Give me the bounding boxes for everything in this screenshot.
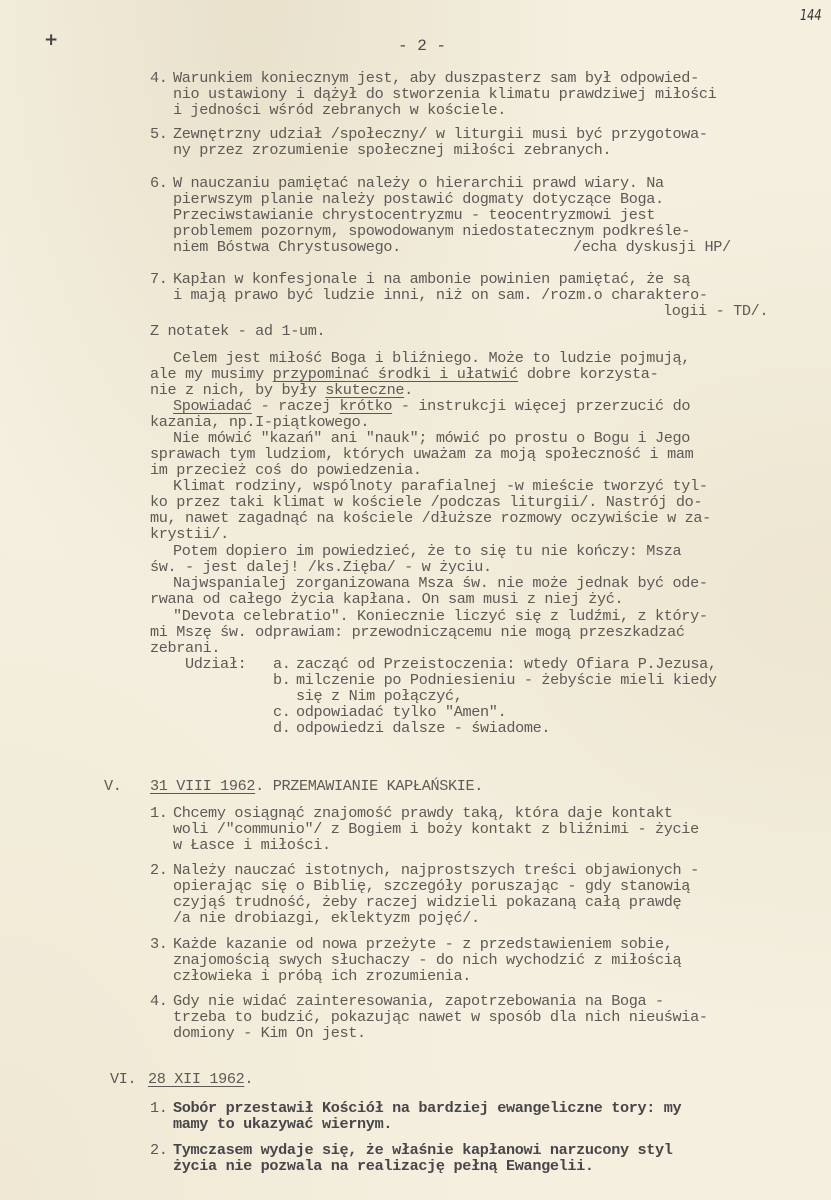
item-number: 1. bbox=[150, 806, 168, 822]
item-line: i jedności wśród zebranych w kościele. bbox=[173, 103, 506, 119]
item-number: 3. bbox=[150, 937, 168, 953]
archive-number: 144 bbox=[800, 6, 821, 24]
item-annotation: /echa dyskusji HP/ bbox=[573, 240, 731, 256]
item-line: niem Bóstwa Chrystusowego. bbox=[173, 240, 401, 256]
typewritten-page: 144 + - 2 - 4. Warunkiem koniecznym jest… bbox=[0, 0, 831, 1200]
section-date: 31 VIII 1962 bbox=[150, 777, 255, 795]
list-letter: d. bbox=[273, 721, 291, 737]
participation-label: Udział: bbox=[185, 657, 246, 673]
item-number: 2. bbox=[150, 863, 168, 879]
section-title: . PRZEMAWIANIE KAPŁAŃSKIE. bbox=[255, 777, 483, 795]
item-number: 6. bbox=[150, 176, 168, 192]
item-line: i mają prawo być ludzie inni, niż on sam… bbox=[173, 288, 708, 304]
notes-line: rwana od całego życia kapłana. On sam mu… bbox=[150, 592, 623, 608]
notes-line: mu, nawet zagadnąć na kościele /dłuższe … bbox=[150, 511, 711, 527]
section-numeral: VI. bbox=[110, 1072, 136, 1088]
item-number: 5. bbox=[150, 127, 168, 143]
item-number: 4. bbox=[150, 994, 168, 1010]
list-line: odpowiedzi dalsze - świadome. bbox=[296, 721, 550, 737]
item-line: ny przez zrozumienie społecznej miłości … bbox=[173, 143, 611, 159]
section-numeral: V. bbox=[104, 779, 122, 795]
item-number: 7. bbox=[150, 272, 168, 288]
margin-cross-mark: + bbox=[44, 30, 58, 50]
notes-heading: Z notatek - ad 1-um. bbox=[150, 324, 325, 340]
item-line: mamy to ukazywać wiernym. bbox=[173, 1117, 392, 1133]
item-line: człowieka i próbą ich zrozumienia. bbox=[173, 969, 471, 985]
item-line: /a nie drobiazgi, eklektyzm pojęć/. bbox=[173, 911, 480, 927]
section-heading: 28 XII 1962. bbox=[148, 1072, 253, 1088]
notes-line: mi Mszę św. odprawiam: przewodniczącemu … bbox=[150, 625, 685, 641]
item-line: w Łasce i miłości. bbox=[173, 838, 331, 854]
item-number: 1. bbox=[150, 1101, 168, 1117]
section-heading: 31 VIII 1962. PRZEMAWIANIE KAPŁAŃSKIE. bbox=[150, 779, 483, 795]
item-number: 2. bbox=[150, 1143, 168, 1159]
item-line: logii - TD/. bbox=[663, 304, 768, 320]
section-date: 28 XII 1962 bbox=[148, 1070, 244, 1088]
list-letter: b. bbox=[273, 673, 291, 689]
section-title: . bbox=[244, 1070, 253, 1088]
notes-line: krystii/. bbox=[150, 527, 229, 543]
item-number: 4. bbox=[150, 71, 168, 87]
item-line: życia nie pozwala na realizację pełną Ew… bbox=[173, 1159, 594, 1175]
page-number: - 2 - bbox=[398, 37, 446, 55]
item-line: domiony - Kim On jest. bbox=[173, 1026, 366, 1042]
